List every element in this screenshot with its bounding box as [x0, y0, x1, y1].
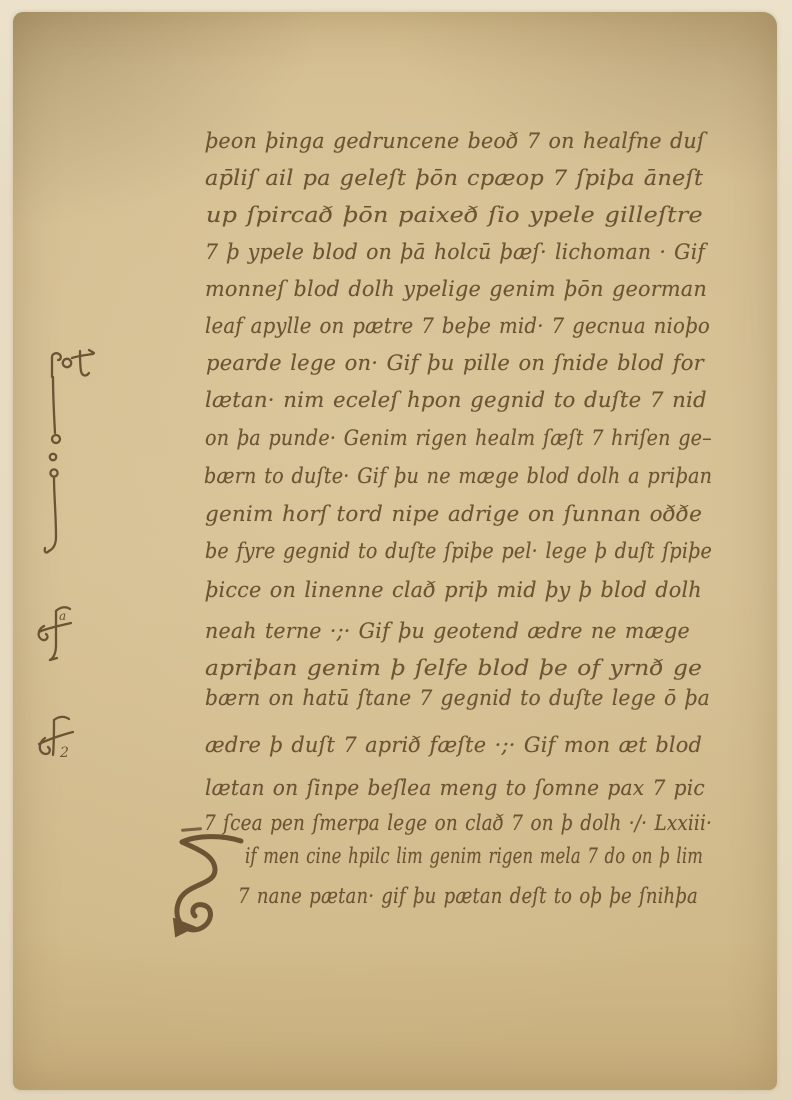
- manuscript-line: 7 ſcea pen ſmerpa lege on clað 7 on þ do…: [204, 810, 712, 836]
- manuscript-line: leaf apylle on pætre 7 beþe mid· 7 gecnu…: [205, 313, 710, 339]
- manuscript-line: on þa punde· Genim rigen healm ſæſt 7 hr…: [205, 425, 712, 451]
- manuscript-line: pearde lege on· Gif þu pille on ſnide bl…: [206, 350, 704, 376]
- manuscript-line: þeon þinga gedruncene beoð 7 on healfne …: [205, 128, 705, 154]
- manuscript-line: þicce on linenne clað priþ mid þy þ blod…: [205, 577, 702, 603]
- manuscript-line: up ſpircað þōn paixeð ſio ypele gilleſtr…: [206, 202, 703, 228]
- manuscript-line: ædre þ duſt 7 aprið fæſte ·;· Gif mon æt…: [205, 732, 702, 758]
- manuscript-line: bærn on hatū ſtane 7 gegnid to duſte leg…: [205, 685, 710, 711]
- manuscript-line: bærn to duſte· Gif þu ne mæge blod dolh …: [204, 463, 712, 489]
- manuscript-line: lætan· nim eceleſ hpon gegnid to duſte 7…: [205, 387, 707, 413]
- manuscript-line: if men cine hpilc lim genim rigen mela 7…: [245, 843, 703, 869]
- margin-nota-mark-2-icon: 2: [33, 714, 85, 766]
- manuscript-line: lætan on ſinpe beſlea meng to ſomne pax …: [205, 775, 705, 801]
- margin-nota-mark-a-icon: a: [33, 603, 79, 665]
- manuscript-page-photo: a 2 þeon þinga gedruncene beoð 7 on heal…: [0, 0, 792, 1100]
- manuscript-line: 7 þ ypele blod on þā holcū þæſ· lichoman…: [205, 239, 705, 265]
- manuscript-line: monneſ blod dolh ypelige genim þōn georm…: [205, 276, 707, 302]
- manuscript-line: be fyre gegnid to duſte ſpiþe pel· lege …: [205, 538, 712, 564]
- manuscript-line: apriþan genim þ ſelfe blod þe of yrnð ge: [205, 655, 702, 681]
- margin-mark-a-label: a: [59, 609, 66, 623]
- manuscript-line: ap̄liſ ail pa geleſt þōn cpæop 7 ſpiþa ā…: [205, 165, 703, 191]
- manuscript-line: 7 nane pætan· gif þu pætan deſt to oþ þe…: [238, 883, 698, 909]
- manuscript-line: neah terne ·;· Gif þu geotend ædre ne mæ…: [205, 618, 690, 644]
- manuscript-line: genim horſ tord nipe adrige on ſunnan oð…: [205, 501, 702, 527]
- margin-insertion-mark-icon: [40, 345, 100, 560]
- margin-mark-2-label: 2: [59, 745, 69, 761]
